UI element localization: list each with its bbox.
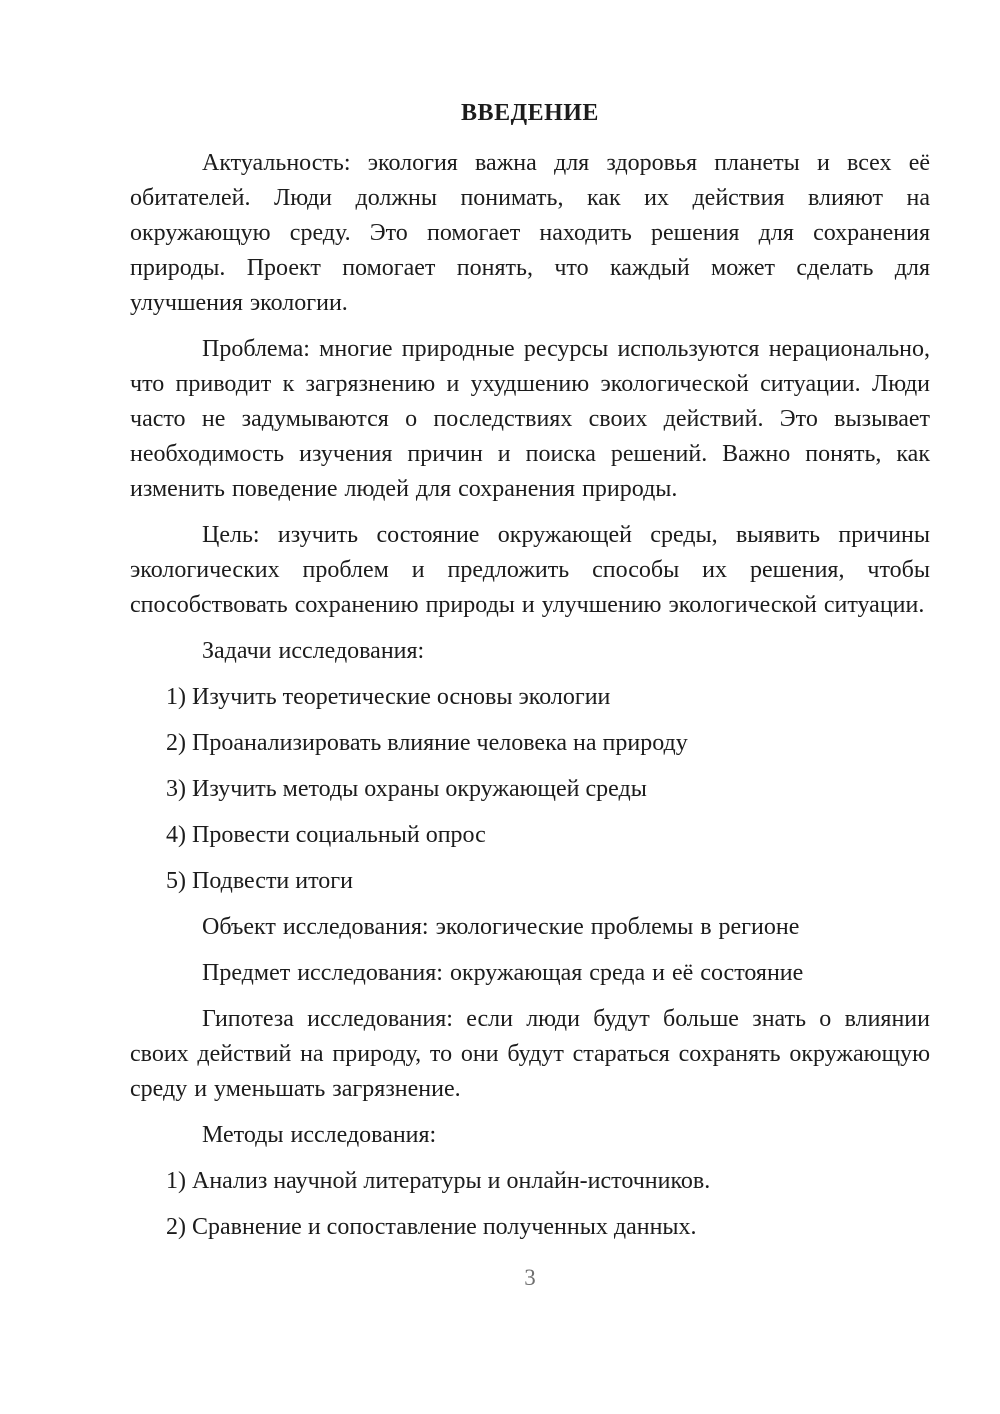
task-item-3: 3) Изучить методы охраны окружающей сред… [166, 772, 930, 807]
task-item-1: 1) Изучить теоретические основы экологии [166, 680, 930, 715]
paragraph-goal: Цель: изучить состояние окружающей среды… [130, 518, 930, 623]
method-item-2: 2) Сравнение и сопоставление полученных … [166, 1210, 930, 1245]
task-item-4: 4) Провести социальный опрос [166, 818, 930, 853]
methods-heading: Методы исследования: [130, 1118, 930, 1153]
document-page: ВВЕДЕНИЕ Актуальность: экология важна дл… [0, 0, 1000, 1414]
paragraph-relevance: Актуальность: экология важна для здоровь… [130, 146, 930, 321]
paragraph-hypothesis: Гипотеза исследования: если люди будут б… [130, 1002, 930, 1107]
page-title: ВВЕДЕНИЕ [130, 96, 930, 131]
page-number: 3 [130, 1263, 930, 1293]
paragraph-problem: Проблема: многие природные ресурсы испол… [130, 332, 930, 507]
task-item-5: 5) Подвести итоги [166, 864, 930, 899]
task-item-2: 2) Проанализировать влияние человека на … [166, 726, 930, 761]
method-item-1: 1) Анализ научной литературы и онлайн-ис… [166, 1164, 930, 1199]
research-subject: Предмет исследования: окружающая среда и… [130, 956, 930, 991]
research-object: Объект исследования: экологические пробл… [130, 910, 930, 945]
tasks-heading: Задачи исследования: [130, 634, 930, 669]
